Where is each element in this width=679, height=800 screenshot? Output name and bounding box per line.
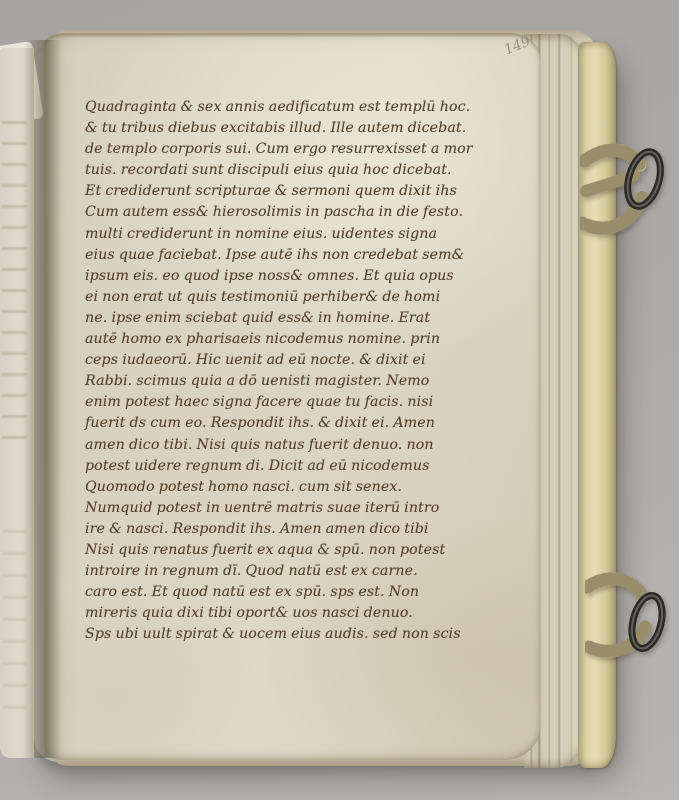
text-line: ne. ipse enim sciebat quid ess& in homin…: [85, 308, 505, 329]
text-line: Sps ubi uult spirat & uocem eius audis. …: [85, 624, 505, 645]
text-line: & tu tribus diebus excitabis illud. Ille…: [85, 118, 505, 139]
facing-page-edge: [0, 48, 34, 758]
text-line: eius quae faciebat. Ipse autē ihs non cr…: [85, 245, 505, 266]
text-line: de templo corporis sui. Cum ergo resurre…: [85, 139, 505, 160]
text-line: Rabbi. scimus quia a dō uenisti magister…: [85, 371, 505, 392]
text-line: multi crediderunt in nomine eius. uident…: [85, 224, 505, 245]
text-line: Nisi quis renatus fuerit ex aqua & spū. …: [85, 540, 505, 561]
text-line: Quomodo potest homo nasci. cum sit senex…: [85, 477, 505, 498]
text-line: mireris quia dixi tibi oport& uos nasci …: [85, 603, 505, 624]
manuscript-page: 149 Quadraginta & sex annis aedificatum …: [44, 33, 540, 760]
bottom-clasp: [585, 565, 679, 660]
manuscript-photo: 149 Quadraginta & sex annis aedificatum …: [0, 0, 679, 800]
text-line: ire & nasci. Respondit ihs. Amen amen di…: [85, 519, 505, 540]
text-line: ceps iudaeorū. Hic uenit ad eū nocte. & …: [85, 350, 505, 371]
text-line: ipsum eis. eo quod ipse noss& omnes. Et …: [85, 266, 505, 287]
text-line: Cum autem ess& hierosolimis in pascha in…: [85, 202, 505, 223]
show-through-text: [3, 520, 26, 710]
text-line: caro est. Et quod natū est ex spū. sps e…: [85, 582, 505, 603]
text-line: enim potest haec signa facere quae tu fa…: [85, 392, 505, 413]
text-line: Numquid potest in uentrē matris suae ite…: [85, 498, 505, 519]
text-line: autē homo ex pharisaeis nicodemus nomine…: [85, 329, 505, 350]
text-line: potest uidere regnum di. Dicit ad eū nic…: [85, 456, 505, 477]
text-line: introire in regnum dī. Quod natū est ex …: [85, 561, 505, 582]
text-line: fuerit ds cum eo. Respondit ihs. & dixit…: [85, 413, 505, 434]
text-line: tuis. recordati sunt discipuli eius quia…: [85, 160, 505, 181]
text-line: amen dico tibi. Nisi quis natus fuerit d…: [85, 435, 505, 456]
manuscript-text: Quadraginta & sex annis aedificatum est …: [85, 97, 505, 645]
folio-number: 149: [502, 34, 533, 59]
top-clasp: [580, 135, 679, 240]
text-line: ei non erat ut quis testimoniū perhiber&…: [85, 287, 505, 308]
text-line: Et crediderunt scripturae & sermoni quem…: [85, 181, 505, 202]
text-line: Quadraginta & sex annis aedificatum est …: [85, 97, 505, 118]
show-through-text: [2, 112, 27, 442]
